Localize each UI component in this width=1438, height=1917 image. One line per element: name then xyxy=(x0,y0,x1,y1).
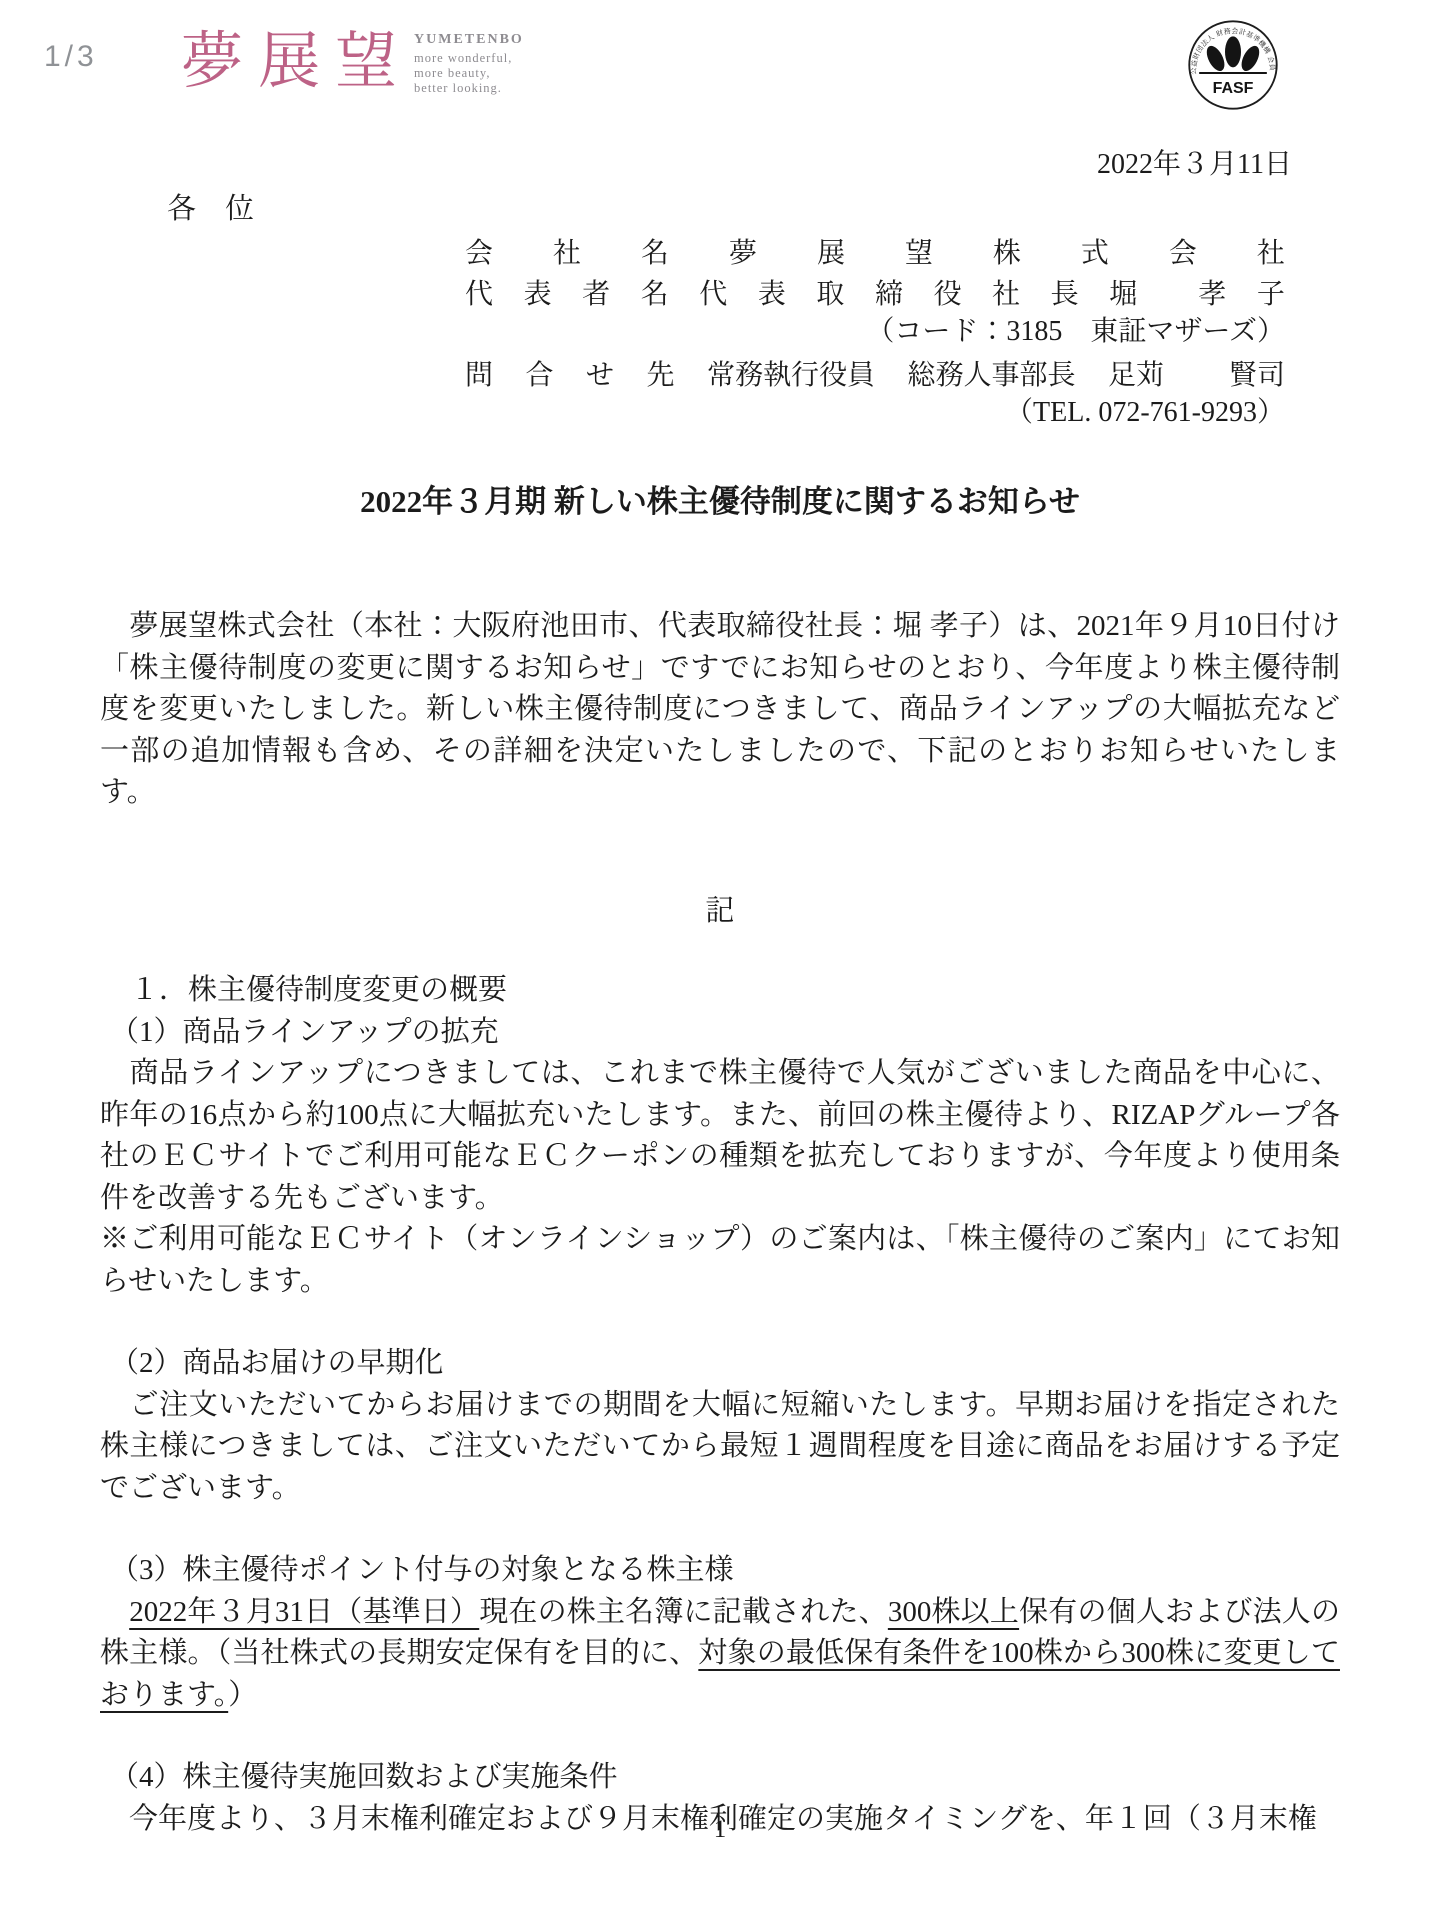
char-cell: 子 xyxy=(1257,272,1285,312)
subsection-1-note: ※ご利用可能なＥＣサイト（オンラインショップ）のご案内は、「株主優待のご案内」に… xyxy=(100,1219,1340,1302)
char-cell: 名 xyxy=(641,231,669,271)
logo-tagline-line: better looking. xyxy=(414,81,524,96)
char-cell: 総務人事部長 xyxy=(908,353,1076,393)
char-cell: 会 xyxy=(1169,231,1197,271)
char-cell: 長 xyxy=(1051,272,1079,312)
seal-leaf-center xyxy=(1225,36,1241,67)
char-cell: 堀 xyxy=(1109,272,1137,312)
subsection-3-paragraph: 2022年３月31日（基準日）現在の株主名簿に記載された、300株以上保有の個人… xyxy=(100,1592,1340,1717)
section-1-heading: １．株主優待制度変更の概要 xyxy=(100,970,1340,1012)
char-cell: 望 xyxy=(905,231,933,271)
char-cell: 合 xyxy=(526,353,554,393)
char-cell: 会 xyxy=(465,231,493,271)
document-page: 1/3 夢展望 YUMETENBO more wonderful, more b… xyxy=(0,0,1438,1917)
char-cell: 表 xyxy=(524,272,552,312)
plain-text xyxy=(100,1596,129,1628)
char-cell: せ xyxy=(586,353,614,393)
logo-tagline-line: more beauty, xyxy=(414,66,524,81)
subsection-2-paragraph: ご注文いただいてからお届けまでの期間を大幅に短縮いたします。早期お届けを指定され… xyxy=(100,1385,1340,1510)
char-cell: 足苅 xyxy=(1108,353,1164,393)
plain-text: 現在の株主名簿に記載された、 xyxy=(479,1596,888,1628)
underlined-text: 300株以上 xyxy=(888,1596,1019,1628)
fasf-seal-icon: 公益財団法人 財務会計基準機構 会員 FASF xyxy=(1186,18,1280,112)
logo-kanji-text: 夢展望 xyxy=(181,24,412,100)
char-cell: 社 xyxy=(992,272,1020,312)
char-cell: 展 xyxy=(817,231,845,271)
seal-leaf-right xyxy=(1238,43,1263,74)
page-number: 1 xyxy=(100,1816,1340,1844)
subsection-3-heading: （3）株主優待ポイント付与の対象となる株主様 xyxy=(100,1550,1340,1592)
document-body: 夢展望株式会社（本社：大阪府池田市、代表取締役社長：堀 孝子）は、2021年９月… xyxy=(100,606,1340,1840)
intro-paragraph: 夢展望株式会社（本社：大阪府池田市、代表取締役社長：堀 孝子）は、2021年９月… xyxy=(100,606,1340,814)
subsection-1-paragraph: 商品ラインアップにつきましては、これまで株主優待で人気がございました商品を中心に… xyxy=(100,1053,1340,1219)
addressee: 各 位 xyxy=(167,186,254,227)
subsection-2-heading: （2）商品お届けの早期化 xyxy=(100,1343,1340,1385)
char-cell: 賢司 xyxy=(1229,353,1285,393)
plain-text: ） xyxy=(228,1679,257,1711)
underlined-text: 2022年３月31日（基準日） xyxy=(129,1596,479,1628)
char-cell: 常務執行役員 xyxy=(707,353,875,393)
char-cell: 締 xyxy=(875,272,903,312)
subsection-4-heading: （4）株主優待実施回数および実施条件 xyxy=(100,1757,1340,1799)
char-cell: 代 xyxy=(699,272,727,312)
char-cell: 取 xyxy=(816,272,844,312)
tel-line: （TEL. 072-761-9293） xyxy=(465,393,1285,434)
char-cell: 孝 xyxy=(1198,272,1226,312)
document-date: 2022年３月11日 xyxy=(1097,142,1292,182)
char-cell: 代 xyxy=(465,272,493,312)
char-cell: 表 xyxy=(758,272,786,312)
document-title: 2022年３月期 新しい株主優待制度に関するお知らせ xyxy=(100,476,1340,521)
char-cell: 者 xyxy=(582,272,610,312)
logo-tagline-title: YUMETENBO xyxy=(414,32,524,48)
char-cell: 役 xyxy=(934,272,962,312)
representative-row: 代表者名代表取締役社長堀孝子 xyxy=(465,272,1285,313)
seal-leaf-left xyxy=(1203,43,1228,74)
char-cell: 先 xyxy=(647,353,675,393)
logo-tagline-line: more wonderful, xyxy=(414,51,524,66)
page-indicator: 1/3 xyxy=(44,40,98,74)
company-logo: 夢展望 YUMETENBO more wonderful, more beaut… xyxy=(181,24,524,100)
char-cell: 問 xyxy=(465,353,493,393)
stock-code-line: （コード：3185 東証マザーズ） xyxy=(465,312,1285,353)
char-cell: 社 xyxy=(553,231,581,271)
seal-label: FASF xyxy=(1213,80,1254,97)
char-cell: 名 xyxy=(641,272,669,312)
char-cell: 社 xyxy=(1257,231,1285,271)
subsection-1-heading: （1）商品ラインアップの拡充 xyxy=(100,1012,1340,1054)
char-cell: 株 xyxy=(993,231,1021,271)
company-info-block: 会社名夢展望株式会社 代表者名代表取締役社長堀孝子 （コード：3185 東証マザ… xyxy=(465,231,1285,434)
contact-row: 問合せ先常務執行役員総務人事部長足苅賢司 xyxy=(465,353,1285,394)
char-cell: 夢 xyxy=(729,231,757,271)
logo-tagline: YUMETENBO more wonderful, more beauty, b… xyxy=(414,24,524,96)
char-cell: 式 xyxy=(1081,231,1109,271)
company-name-row: 会社名夢展望株式会社 xyxy=(465,231,1285,272)
record-mark: 記 xyxy=(100,891,1340,933)
